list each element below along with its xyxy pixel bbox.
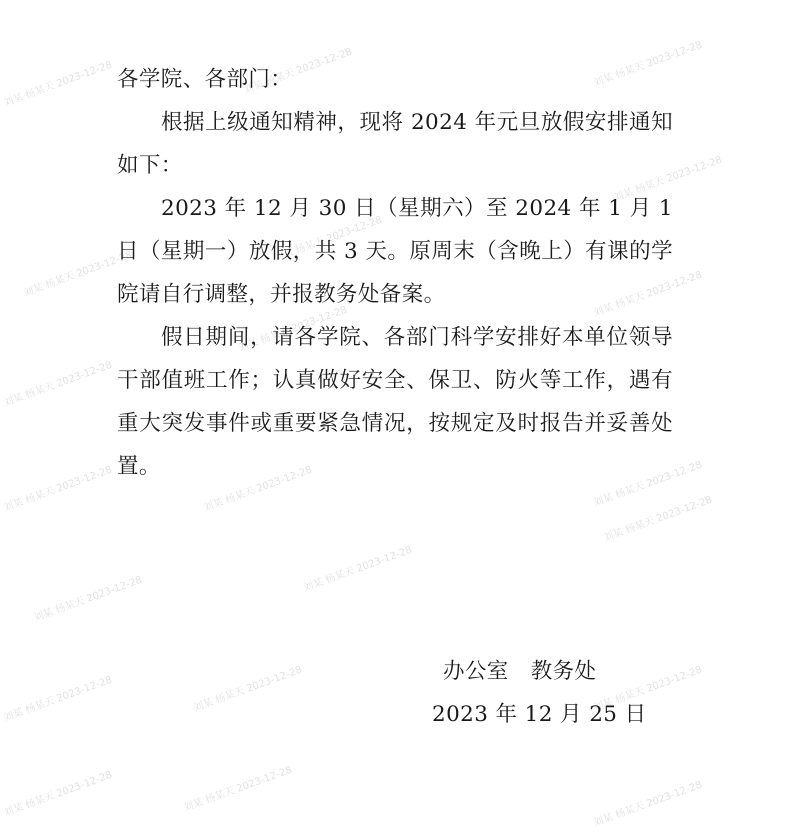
signature-date: 2023 年 12 月 25 日 <box>432 693 647 736</box>
signature-orgs: 办公室教务处 <box>443 650 596 693</box>
watermark-text: 刘某 杨某天 2023-12-28 <box>1 356 114 409</box>
watermark-text: 刘某 杨某天 2023-12-28 <box>31 571 144 624</box>
signature-org-office: 办公室 <box>443 659 509 684</box>
watermark-text: 刘某 杨某天 2023-12-28 <box>301 541 414 594</box>
salutation: 各学院、各部门： <box>117 58 673 101</box>
paragraph-duty-arrangement: 假日期间，请各学院、各部门科学安排好本单位领导干部值班工作；认真做好安全、保卫、… <box>117 316 673 488</box>
watermark-text: 刘某 杨某天 2023-12-28 <box>1 671 114 724</box>
watermark-text: 刘某 杨某天 2023-12-28 <box>1 766 114 819</box>
paragraph-holiday-dates: 2023 年 12 月 30 日（星期六）至 2024 年 1 月 1 日（星期… <box>117 187 673 316</box>
paragraph-intro: 根据上级通知精神，现将 2024 年元旦放假安排通知如下： <box>117 101 673 187</box>
watermark-text: 刘某 杨某天 2023-12-28 <box>601 491 714 544</box>
watermark-text: 刘某 杨某天 2023-12-28 <box>191 661 304 714</box>
watermark-text: 刘某 杨某天 2023-12-28 <box>181 761 294 814</box>
watermark-text: 刘某 杨某天 2023-12-28 <box>1 461 114 514</box>
watermark-text: 刘某 杨某天 2023-12-28 <box>1 56 114 109</box>
notice-body: 各学院、各部门： 根据上级通知精神，现将 2024 年元旦放假安排通知如下： 2… <box>117 58 673 488</box>
watermark-text: 刘某 杨某天 2023-12-28 <box>591 776 704 829</box>
signature-org-academic-affairs: 教务处 <box>531 659 597 684</box>
